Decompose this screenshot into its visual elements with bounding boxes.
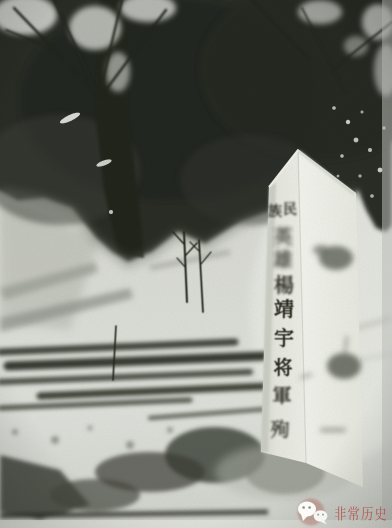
watermark-text: 非常历史 xyxy=(334,506,388,523)
film-grain-overlay xyxy=(0,0,392,528)
historical-photo: 民 族 英 雄 楊 靖 宇 将 軍 殉 非常历史 xyxy=(0,0,392,528)
photo-canvas: 民 族 英 雄 楊 靖 宇 将 軍 殉 非常历史 xyxy=(0,0,392,528)
